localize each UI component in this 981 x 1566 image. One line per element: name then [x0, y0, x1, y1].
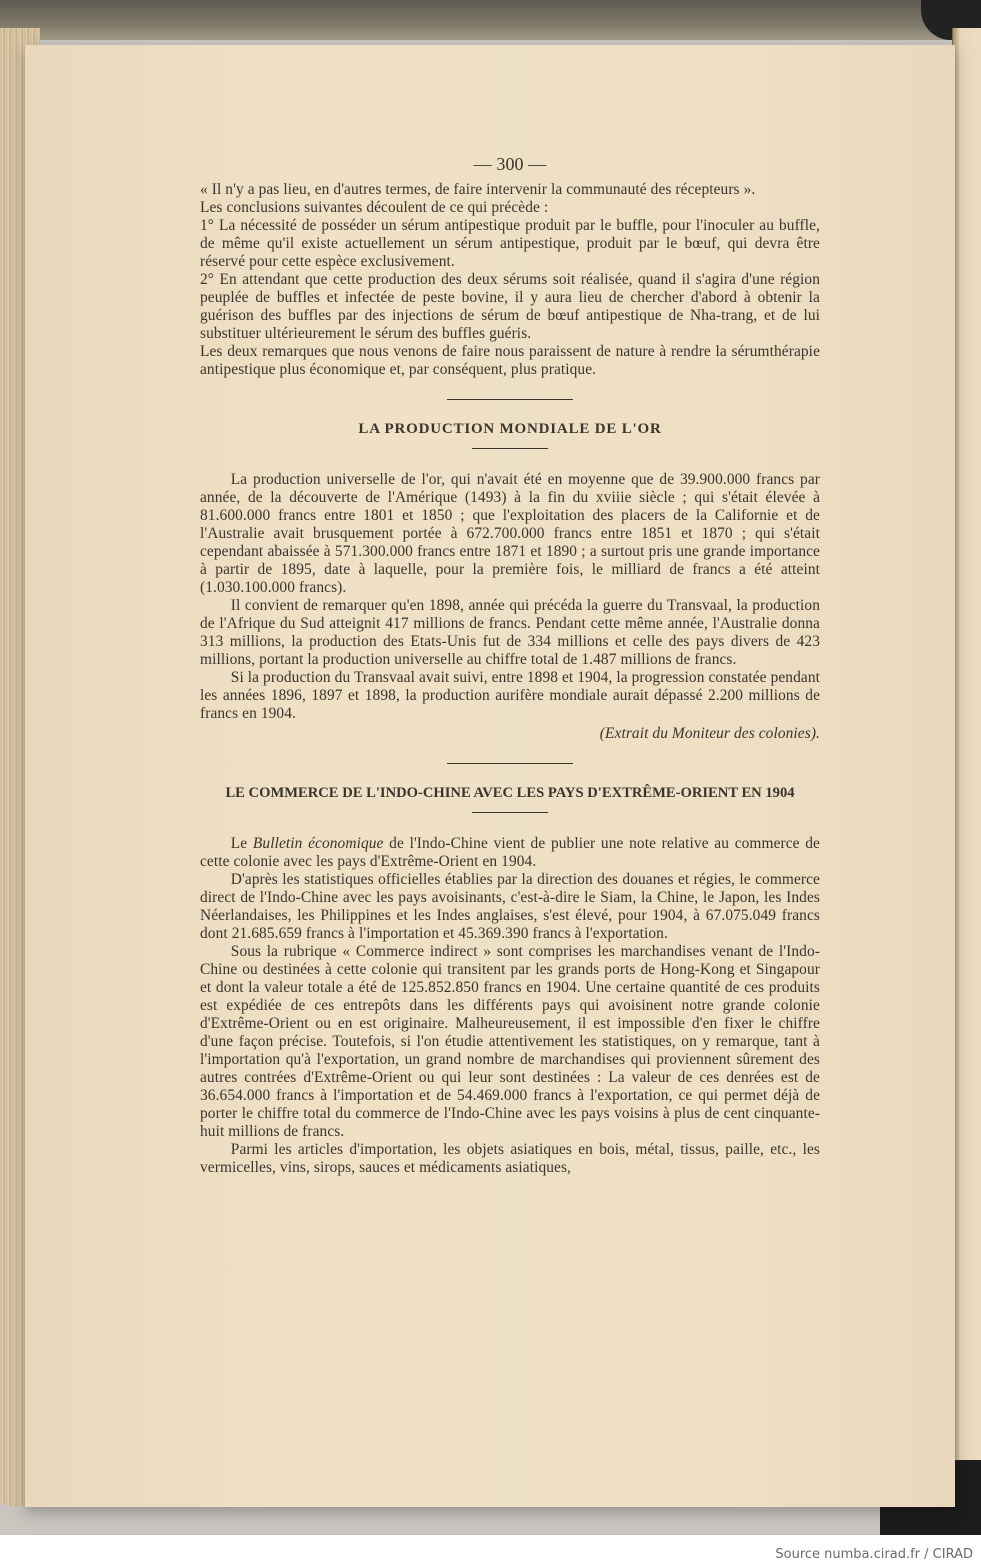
commerce-paragraph-3: Sous la rubrique « Commerce indirect » s… — [200, 943, 820, 1141]
book-binding-top — [0, 0, 981, 40]
commerce-paragraph-1: Le Bulletin économique de l'Indo-Chine v… — [200, 835, 820, 871]
intro-paragraph-2: Les conclusions suivantes découlent de c… — [200, 199, 820, 217]
section-title-commerce: LE COMMERCE DE L'INDO-CHINE AVEC LES PAY… — [200, 784, 820, 802]
intro-paragraph-5: Les deux remarques que nous venons de fa… — [200, 343, 820, 379]
section-title-gold: LA PRODUCTION MONDIALE DE L'OR — [200, 420, 820, 438]
intro-paragraph-1: « Il n'y a pas lieu, en d'autres termes,… — [200, 181, 820, 199]
bulletin-title: Bulletin économique — [253, 835, 384, 852]
text-run: Le — [231, 835, 253, 852]
commerce-paragraph-4: Parmi les articles d'importation, les ob… — [200, 1141, 820, 1177]
intro-paragraph-3: 1° La nécessité de posséder un sérum ant… — [200, 217, 820, 271]
intro-paragraph-4: 2° En attendant que cette production des… — [200, 271, 820, 343]
gold-paragraph-2: Il convient de remarquer qu'en 1898, ann… — [200, 597, 820, 669]
source-credit: Source numba.cirad.fr / CIRAD — [775, 1547, 973, 1562]
gold-paragraph-3: Si la production du Transvaal avait suiv… — [200, 669, 820, 723]
gold-paragraph-1: La production universelle de l'or, qui n… — [200, 471, 820, 597]
commerce-paragraph-2: D'après les statistiques officielles éta… — [200, 871, 820, 943]
gold-source-attribution: (Extrait du Moniteur des colonies). — [200, 725, 820, 743]
page-content: — 300 — « Il n'y a pas lieu, en d'autres… — [200, 155, 820, 1177]
facing-page-edge — [952, 28, 981, 1478]
page-number: — 300 — — [200, 155, 820, 173]
